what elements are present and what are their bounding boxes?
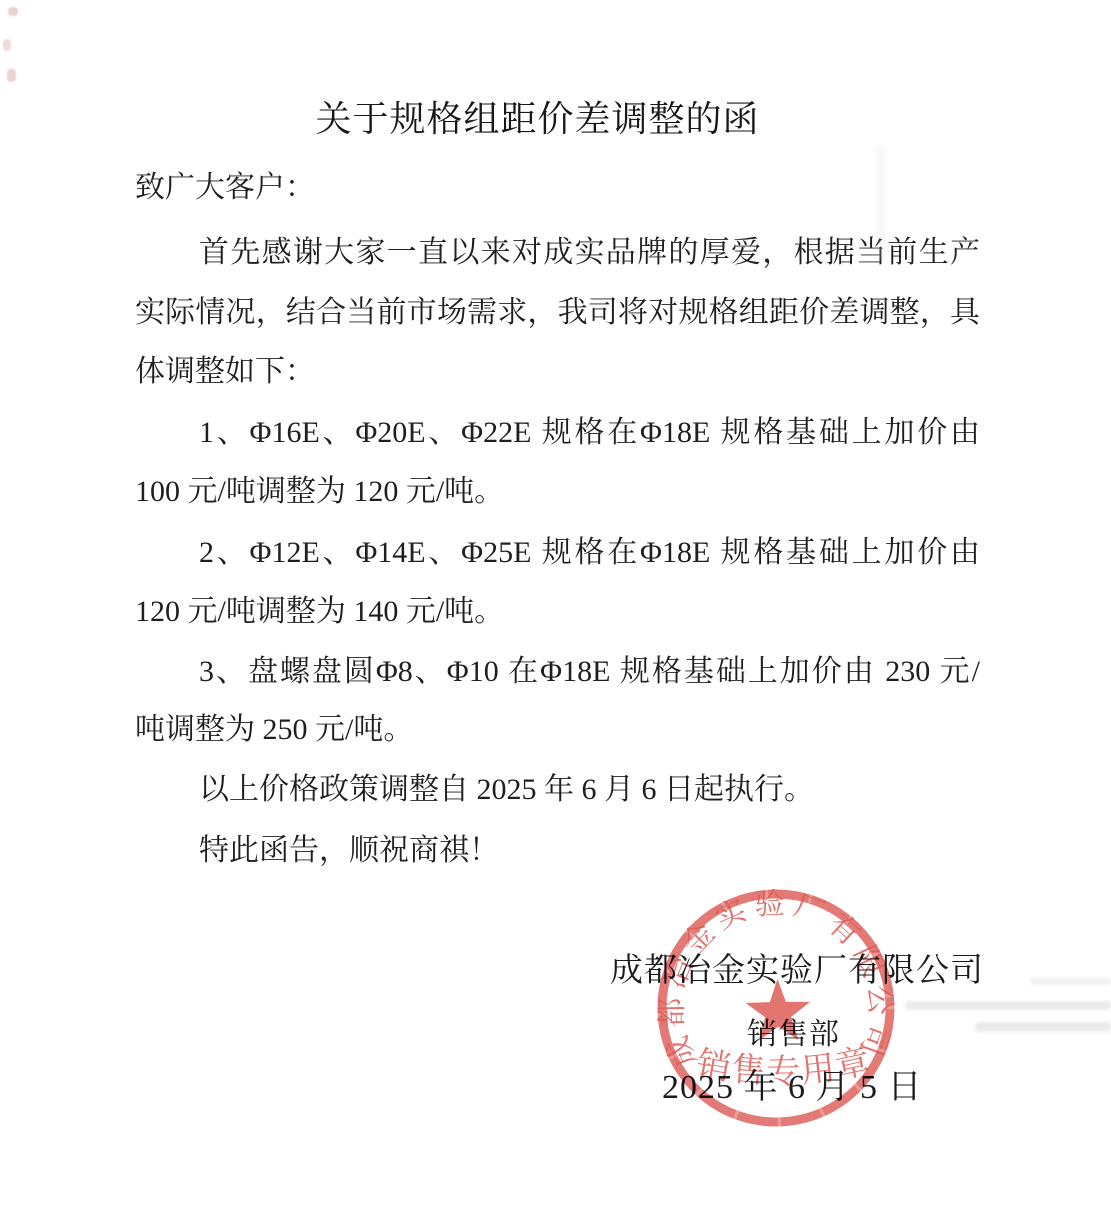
body-line-item-2-cont: 120 元/吨调整为 140 元/吨。 xyxy=(135,594,980,629)
scan-artifact-speck xyxy=(8,7,18,16)
seal-star-icon xyxy=(745,978,811,1041)
body-line-item-2: 2、Φ12E、Φ14E、Φ25E 规格在Φ18E 规格基础上加价由 xyxy=(135,535,980,570)
scan-artifact-streak xyxy=(1030,978,1111,985)
scan-artifact-streak xyxy=(905,1001,1111,1010)
letter-page: 关于规格组距价差调整的函 致广大客户： 首先感谢大家一直以来对成实品牌的厚爱，根… xyxy=(0,0,1111,1223)
effective-date-line: 以上价格政策调整自 2025 年 6 月 6 日起执行。 xyxy=(135,772,980,807)
scanned-letter-page: { "document": { "title": "关于规格组距价差调整的函",… xyxy=(0,0,1111,1223)
body-line: 体调整如下： xyxy=(135,354,980,389)
scan-artifact-streak xyxy=(975,1022,1111,1032)
scan-artifact-speck xyxy=(7,69,16,82)
body-line: 实际情况，结合当前市场需求，我司将对规格组距价差调整，具 xyxy=(135,295,980,330)
body-line-item-1: 1、Φ16E、Φ20E、Φ22E 规格在Φ18E 规格基础上加价由 xyxy=(135,415,980,450)
scan-artifact-speck xyxy=(3,39,11,51)
letter-title: 关于规格组距价差调整的函 xyxy=(115,100,960,140)
body-line-item-3: 3、盘螺盘圆Φ8、Φ10 在Φ18E 规格基础上加价由 230 元/ xyxy=(135,654,980,689)
company-seal-stamp: 成都冶金实验厂有限公司 销售专用章 xyxy=(648,884,904,1136)
seal-bottom-text: 销售专用章 xyxy=(693,1041,875,1092)
body-line: 首先感谢大家一直以来对成实品牌的厚爱，根据当前生产 xyxy=(135,235,980,270)
body-line-item-1-cont: 100 元/吨调整为 120 元/吨。 xyxy=(135,474,980,509)
salutation: 致广大客户： xyxy=(135,170,980,205)
body-line-item-3-cont: 吨调整为 250 元/吨。 xyxy=(135,712,980,747)
svg-text:销售专用章: 销售专用章 xyxy=(693,1041,875,1092)
closing-line: 特此函告，顺祝商祺！ xyxy=(135,833,980,868)
